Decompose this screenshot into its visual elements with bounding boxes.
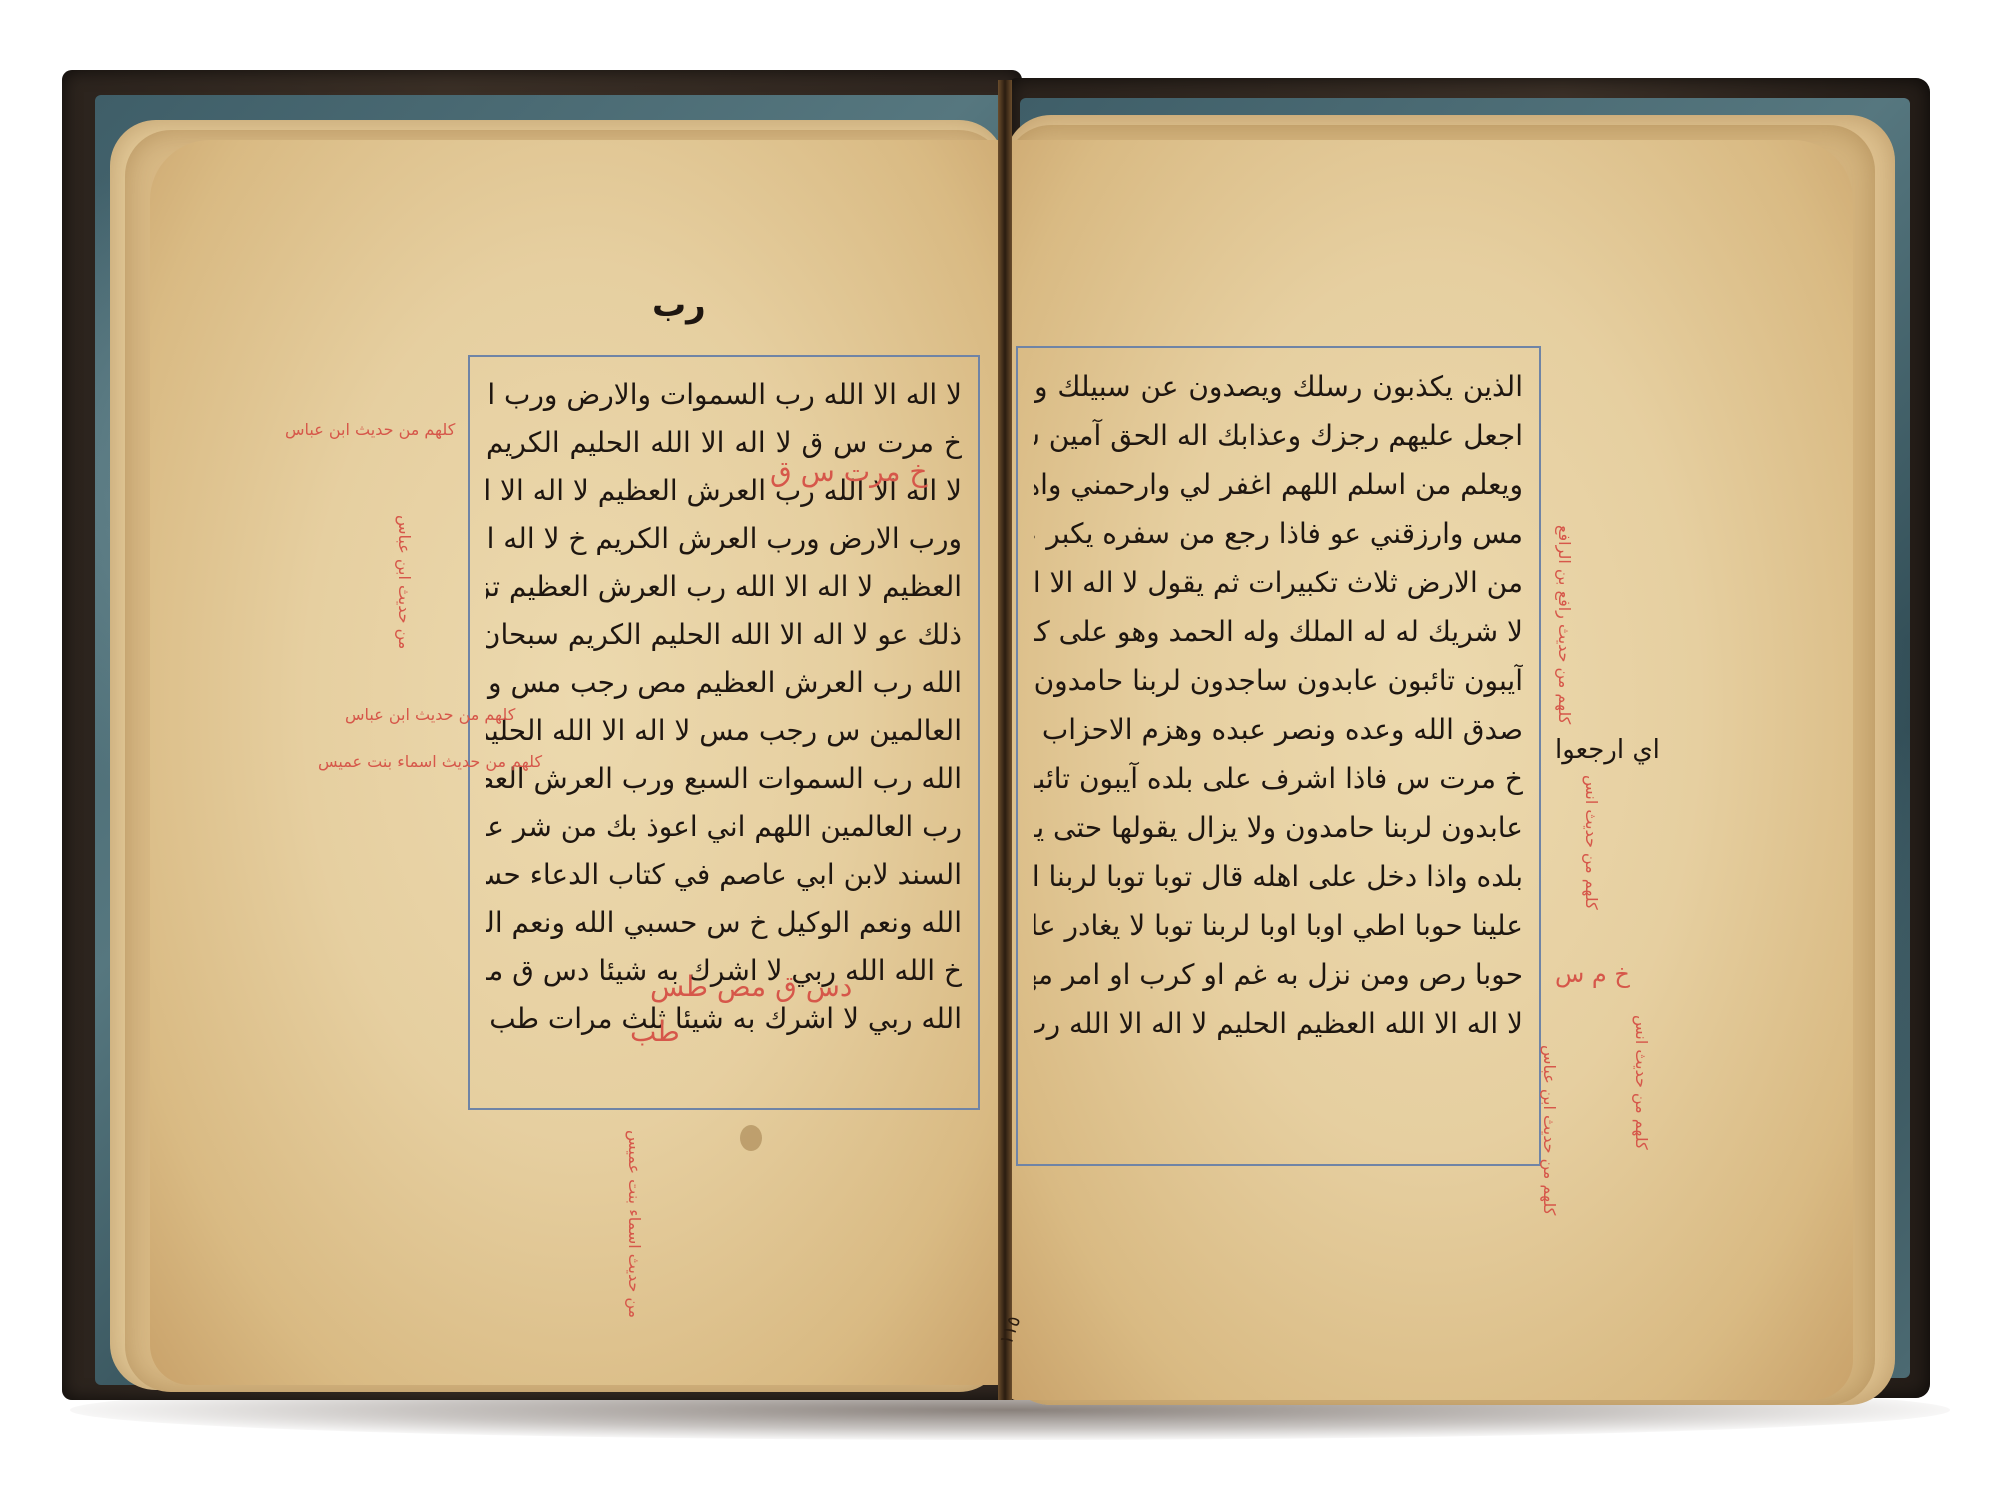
rubric: دس ق مص طس: [650, 970, 852, 1003]
margin-note: كلهم من حديث انس: [1632, 1015, 1651, 1150]
text-line: ويعلم من اسلم اللهم اغفر لي وارحمني واهد…: [1034, 460, 1523, 509]
text-line: عابدون لربنا حامدون ولا يزال يقولها حتى …: [1034, 803, 1523, 852]
text-line: لا اله الا الله رب السموات والارض ورب ال…: [486, 371, 962, 419]
margin-note: كلهم من حديث رافع بن الرافع: [1555, 525, 1574, 724]
text-line: مس وارزقني عو فاذا رجع من سفره يكبر على …: [1034, 509, 1523, 558]
text-line: ورب الارض ورب العرش الكريم خ لا اله الا …: [486, 515, 962, 563]
text-line: العظيم لا اله الا الله رب العرش العظيم ت…: [486, 563, 962, 611]
margin-note: كلهم من حديث ابن عباس: [345, 705, 515, 724]
rubric: طب: [630, 1015, 680, 1048]
text-line: حوبا رص ومن نزل به غم او كرب او امر مهم …: [1034, 950, 1523, 999]
text-line: علينا حوبا اطي اوبا اوبا لربنا توبا لا ي…: [1034, 901, 1523, 950]
margin-note: من حديث اسماء بنت عميس: [625, 1130, 644, 1318]
margin-note: كلهم من حديث اسماء بنت عميس: [318, 752, 542, 771]
margin-note: كلهم من حديث ابن عباس: [285, 420, 455, 439]
text-line: خ مرت س فاذا اشرف على بلده آيبون تائبون: [1034, 754, 1523, 803]
text-line: السند لابن ابي عاصم في كتاب الدعاء حسبنا: [486, 851, 962, 899]
text-line: بلده واذا دخل على اهله قال توبا توبا لرب…: [1034, 852, 1523, 901]
margin-note-black: اي ارجعوا: [1555, 735, 1660, 765]
margin-note: كلهم من حديث ابن عباس: [1540, 1045, 1559, 1215]
text-line: الله ونعم الوكيل خ س حسبي الله ونعم الوك…: [486, 899, 962, 947]
text-line: لا اله الا الله العظيم الحليم لا اله الا…: [1034, 999, 1523, 1048]
rubric: خ مرت س ق: [770, 455, 928, 488]
text-line: آيبون تائبون عابدون ساجدون لربنا حامدون: [1034, 656, 1523, 705]
text-line: رب العالمين اللهم اني اعوذ بك من شر عباد…: [486, 803, 962, 851]
text-line: العالمين س رجب مس لا اله الا الله الحليم…: [486, 707, 962, 755]
margin-note: من حديث ابن عباس: [395, 515, 414, 649]
text-line: اجعل عليهم رجزك وعذابك اله الحق آمين س ر…: [1034, 411, 1523, 460]
text-line: لا شريك له له الملك وله الحمد وهو على كل…: [1034, 607, 1523, 656]
ink-stain: [740, 1125, 762, 1151]
margin-note: كلهم من حديث انس: [1582, 775, 1601, 910]
text-line: صدق الله وعده ونصر عبده وهزم الاحزاب وحد…: [1034, 705, 1523, 754]
page-heading: رب: [652, 285, 706, 325]
text-line: ذلك عو لا اله الا الله الحليم الكريم سبح…: [486, 611, 962, 659]
text-line: من الارض ثلاث تكبيرات ثم يقول لا اله الا…: [1034, 558, 1523, 607]
text-line: الله رب السموات السبع ورب العرش العظيم ا…: [486, 755, 962, 803]
margin-note: خ م س: [1555, 960, 1630, 988]
text-line: الله رب العرش العظيم مص رجب مس والحمد لل…: [486, 659, 962, 707]
book-gutter: [998, 80, 1012, 1400]
text-line: الذين يكذبون رسلك ويصدون عن سبيلك و: [1034, 362, 1523, 411]
right-text-block: الذين يكذبون رسلك ويصدون عن سبيلك و اجعل…: [1016, 346, 1541, 1166]
